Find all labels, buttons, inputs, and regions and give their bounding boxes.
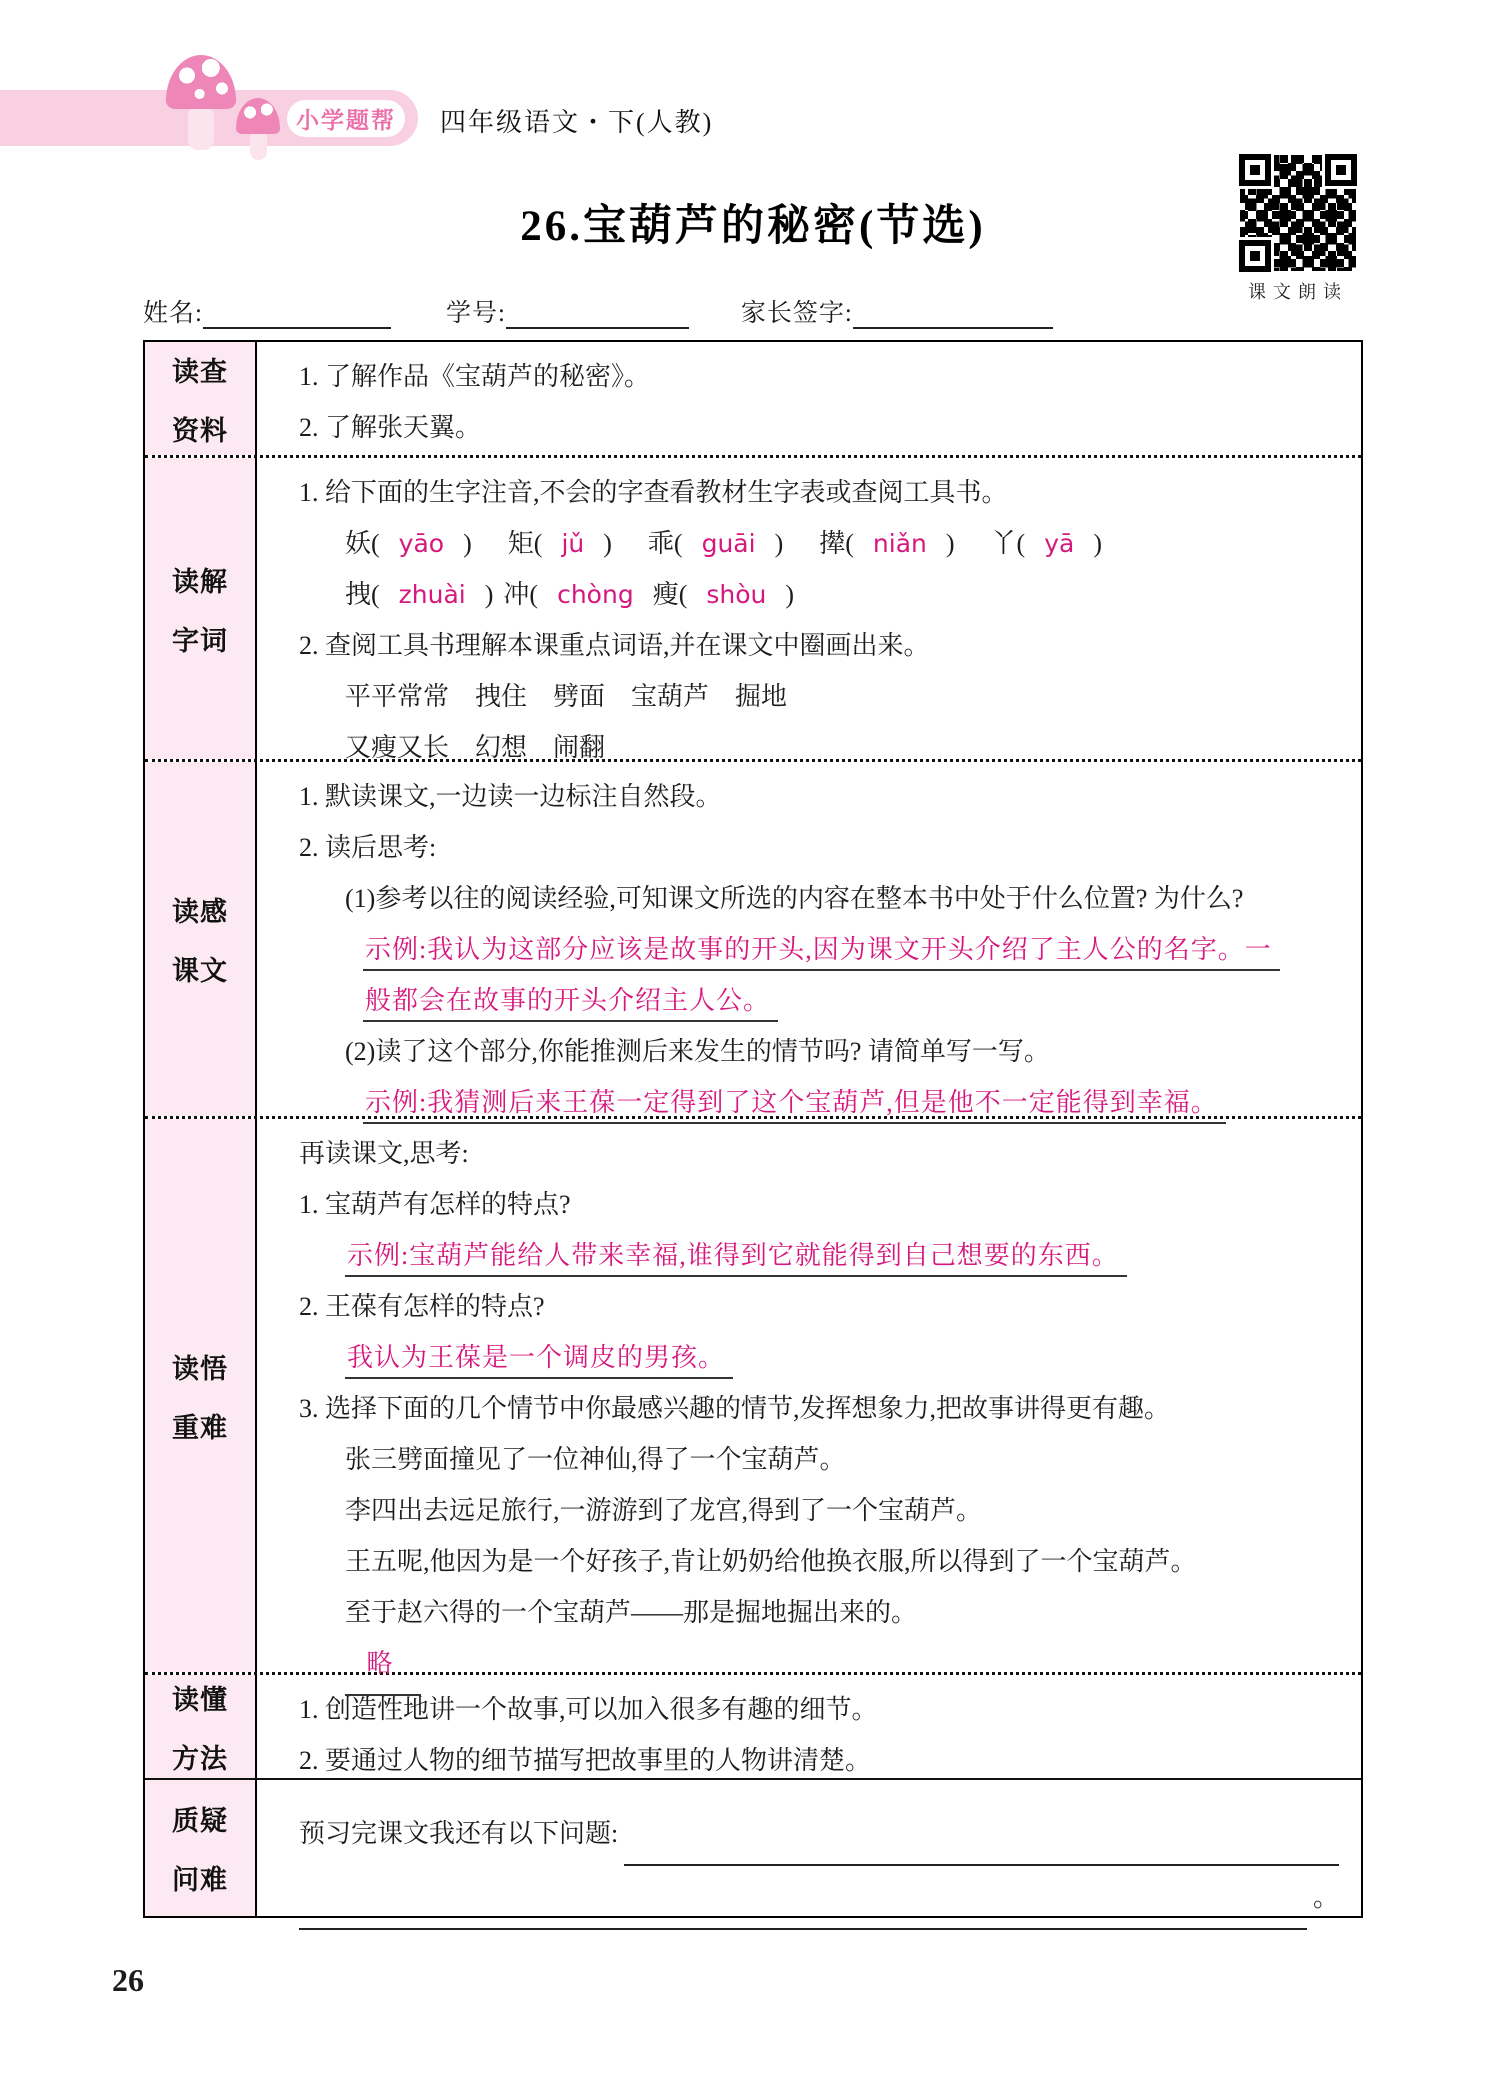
mushroom-icon bbox=[166, 55, 236, 109]
task-line: 1. 了解作品《宝葫芦的秘密》。 bbox=[299, 351, 1339, 402]
page-number: 26 bbox=[112, 1962, 144, 1999]
sub-question: (2)读了这个部分,你能推测后来发生的情节吗? 请简单写一写。 bbox=[345, 1026, 1339, 1077]
question-prompt: 预习完课文我还有以下问题: bbox=[299, 1802, 618, 1866]
question-input-blank[interactable] bbox=[624, 1826, 1339, 1866]
row-research-label: 读查 资料 bbox=[145, 342, 257, 455]
pinyin-line: 拽(zhuài)冲(chòng瘦(shòu) bbox=[345, 569, 1339, 620]
small-mushroom-stem bbox=[250, 130, 267, 160]
task-line: 2. 读后思考: bbox=[299, 822, 1339, 873]
row-key-points: 读悟 重难 再读课文,思考: 1. 宝葫芦有怎样的特点? 示例:宝葫芦能给人带来… bbox=[145, 1119, 1361, 1675]
qr-finder-icon bbox=[1325, 154, 1357, 186]
task-line: 2. 了解张天翼。 bbox=[299, 402, 1339, 453]
pinyin-line: 妖(yāo)矩(jǔ)乖(guāi)撵(niǎn)丫(yā) bbox=[345, 518, 1339, 569]
question-blank-line: 。 bbox=[299, 1866, 1339, 1930]
row-research: 读查 资料 1. 了解作品《宝葫芦的秘密》。 2. 了解张天翼。 bbox=[145, 342, 1361, 458]
pinyin-answer: yā bbox=[1025, 529, 1093, 558]
qr-finder-icon bbox=[1239, 154, 1271, 186]
pinyin-answer: zhuài bbox=[380, 580, 485, 609]
answer-line: 我认为王葆是一个调皮的男孩。 bbox=[345, 1332, 1339, 1383]
pinyin-answer: jǔ bbox=[542, 529, 603, 558]
task-line: 1. 默读课文,一边读一边标注自然段。 bbox=[299, 771, 1339, 822]
row-methods-label: 读懂 方法 bbox=[145, 1675, 257, 1778]
parent-sign-input-blank[interactable] bbox=[853, 299, 1053, 329]
student-id-label: 学号: bbox=[446, 293, 506, 329]
story-option: 张三劈面撞见了一位神仙,得了一个宝葫芦。 bbox=[345, 1434, 1339, 1485]
story-option: 李四出去远足旅行,一游游到了龙宫,得到了一个宝葫芦。 bbox=[345, 1485, 1339, 1536]
pinyin-answer: shòu bbox=[687, 580, 785, 609]
task-line: 2. 查阅工具书理解本课重点词语,并在课文中圈画出来。 bbox=[299, 620, 1339, 671]
edition-text: 四年级语文・下(人教) bbox=[440, 102, 713, 139]
pinyin-answer: niǎn bbox=[854, 529, 946, 558]
word-list-line: 平平常常 拽住 劈面 宝葫芦 掘地 bbox=[345, 671, 1339, 722]
name-input-blank[interactable] bbox=[203, 299, 391, 329]
story-option: 至于赵六得的一个宝葫芦——那是掘地掘出来的。 bbox=[345, 1587, 1339, 1638]
pinyin-answer: yāo bbox=[380, 529, 463, 558]
qr-finder-icon bbox=[1239, 240, 1271, 272]
mushroom-stem bbox=[188, 106, 214, 150]
workbook-page: 小学题帮 四年级语文・下(人教) 26.宝葫芦的秘密(节选) 课文朗读 姓名: … bbox=[0, 0, 1506, 2095]
row-methods: 读懂 方法 1. 创造性地讲一个故事,可以加入很多有趣的细节。 2. 要通过人物… bbox=[145, 1675, 1361, 1780]
pinyin-answer: guāi bbox=[683, 529, 775, 558]
answer-line: 般都会在故事的开头介绍主人公。 bbox=[363, 975, 1339, 1026]
row-questions-label: 质疑 问难 bbox=[145, 1780, 257, 1916]
story-option: 王五呢,他因为是一个好孩子,肯让奶奶给他换衣服,所以得到了一个宝葫芦。 bbox=[345, 1536, 1339, 1587]
name-label: 姓名: bbox=[143, 293, 203, 329]
pinyin-answer: chòng bbox=[538, 580, 653, 609]
student-info-row: 姓名: 学号: 家长签字: bbox=[143, 293, 1363, 329]
answer-line: 示例:宝葫芦能给人带来幸福,谁得到它就能得到自己想要的东西。 bbox=[345, 1230, 1339, 1281]
brand-badge: 小学题帮 bbox=[287, 100, 405, 137]
question-prompt-line: 预习完课文我还有以下问题: bbox=[299, 1802, 1339, 1866]
parent-sign-label: 家长签字: bbox=[741, 293, 853, 329]
task-line: 2. 王葆有怎样的特点? bbox=[299, 1281, 1339, 1332]
preview-task-table: 读查 资料 1. 了解作品《宝葫芦的秘密》。 2. 了解张天翼。 读解 字词 1… bbox=[143, 340, 1363, 1918]
task-line: 1. 宝葫芦有怎样的特点? bbox=[299, 1179, 1339, 1230]
sub-question: (1)参考以往的阅读经验,可知课文所选的内容在整本书中处于什么位置? 为什么? bbox=[345, 873, 1339, 924]
row-words-label: 读解 字词 bbox=[145, 458, 257, 759]
row-questions: 质疑 问难 预习完课文我还有以下问题: 。 bbox=[145, 1780, 1361, 1916]
task-line: 3. 选择下面的几个情节中你最感兴趣的情节,发挥想象力,把故事讲得更有趣。 bbox=[299, 1383, 1339, 1434]
task-line: 1. 给下面的生字注音,不会的字查看教材生字表或查阅工具书。 bbox=[299, 467, 1339, 518]
qr-code bbox=[1240, 155, 1356, 271]
row-reading-label: 读感 课文 bbox=[145, 762, 257, 1116]
row-words: 读解 字词 1. 给下面的生字注音,不会的字查看教材生字表或查阅工具书。 妖(y… bbox=[145, 458, 1361, 762]
task-line: 1. 创造性地讲一个故事,可以加入很多有趣的细节。 bbox=[299, 1684, 1339, 1735]
question-input-blank-2[interactable] bbox=[299, 1890, 1307, 1930]
row-reading: 读感 课文 1. 默读课文,一边读一边标注自然段。 2. 读后思考: (1)参考… bbox=[145, 762, 1361, 1119]
task-line: 再读课文,思考: bbox=[299, 1128, 1339, 1179]
student-id-input-blank[interactable] bbox=[506, 299, 689, 329]
answer-line: 示例:我认为这部分应该是故事的开头,因为课文开头介绍了主人公的名字。一 bbox=[363, 924, 1339, 975]
row-key-points-label: 读悟 重难 bbox=[145, 1119, 257, 1672]
task-line: 2. 要通过人物的细节描写把故事里的人物讲清楚。 bbox=[299, 1735, 1339, 1786]
period-mark: 。 bbox=[1313, 1866, 1339, 1930]
